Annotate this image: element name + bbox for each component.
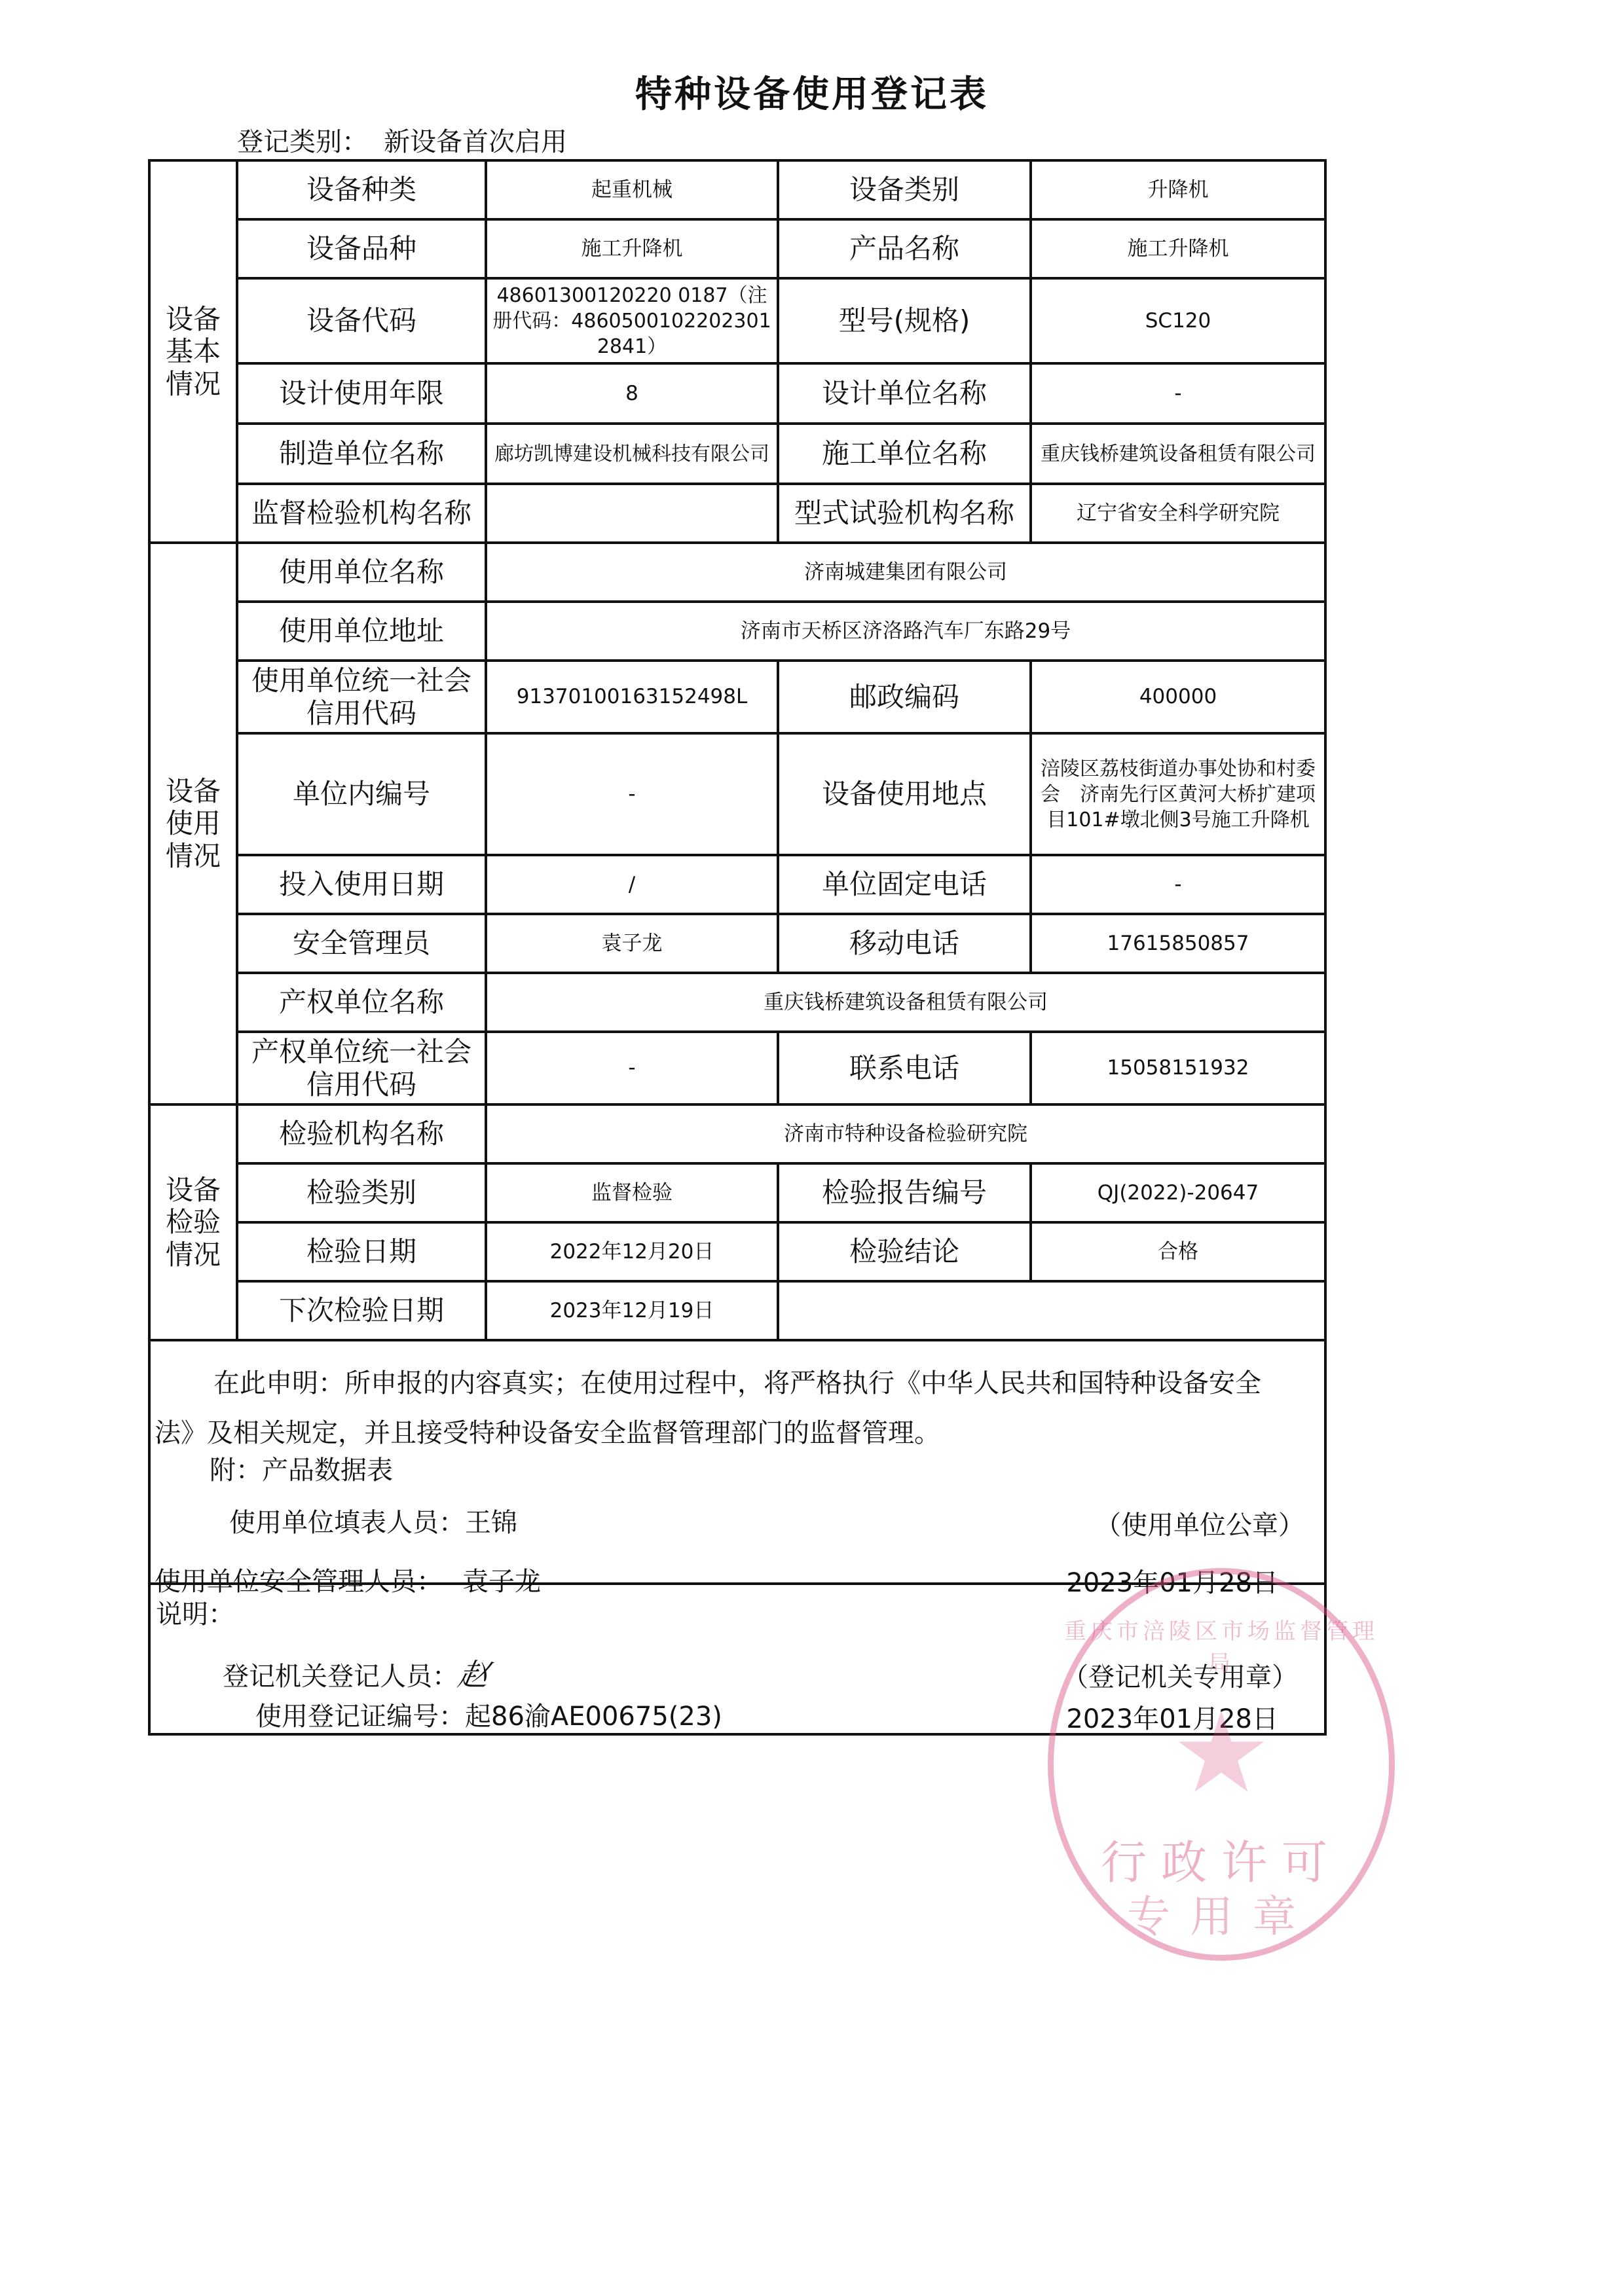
declaration-text: 在此申明：所申报的内容真实；在使用过程中，将严格执行《中华人民共和国特种设备安全…	[155, 1358, 1298, 1458]
field-label: 联系电话	[778, 1032, 1031, 1104]
model-value: SC120	[1031, 278, 1325, 363]
field-label: 单位固定电话	[778, 855, 1031, 914]
table-row: 设计使用年限 8 设计单位名称 -	[149, 363, 1325, 424]
table-row: 产权单位统一社会信用代码 - 联系电话 15058151932	[149, 1032, 1325, 1104]
registration-category-label: 登记类别：	[237, 127, 368, 157]
table-row: 单位内编号 - 设备使用地点 涪陵区荔枝街道办事处协和村委会 济南先行区黄河大桥…	[149, 733, 1325, 855]
stamp-line-1: 行政许可	[1054, 1826, 1389, 1892]
authority-seal-label: （登记机关专用章）	[1062, 1662, 1298, 1693]
registration-date: 2023年01月28日	[1066, 1704, 1278, 1735]
certificate-number-value: 起86渝AE00675(23)	[465, 1702, 722, 1732]
stamp-line-2: 专用章	[1054, 1882, 1389, 1944]
supervision-agency-value	[486, 484, 778, 543]
table-row: 安全管理员 袁子龙 移动电话 17615850857	[149, 914, 1325, 973]
field-label: 产品名称	[778, 219, 1031, 278]
field-label: 使用单位统一社会信用代码	[237, 661, 486, 733]
table-row: 制造单位名称 廊坊凯博建设机械科技有限公司 施工单位名称 重庆钱桥建筑设备租赁有…	[149, 424, 1325, 484]
field-label: 设计使用年限	[237, 363, 486, 424]
manufacturer-value: 廊坊凯博建设机械科技有限公司	[486, 424, 778, 484]
start-date-value: /	[486, 855, 778, 914]
field-label: 产权单位名称	[237, 973, 486, 1032]
table-row: 产权单位名称 重庆钱桥建筑设备租赁有限公司	[149, 973, 1325, 1032]
internal-number-value: -	[486, 733, 778, 855]
note-block: 说明： 登记机关登记人员：赵 使用登记证编号：起86渝AE00675(23) （…	[149, 1584, 1325, 1734]
user-unit-name-value: 济南城建集团有限公司	[486, 543, 1325, 602]
usage-location-value: 涪陵区荔枝街道办事处协和村委会 济南先行区黄河大桥扩建项目101#墩北侧3号施工…	[1031, 733, 1325, 855]
registration-category-value: 新设备首次启用	[384, 127, 567, 157]
owner-name-value: 重庆钱桥建筑设备租赁有限公司	[486, 973, 1325, 1032]
type-test-agency-value: 辽宁省安全科学研究院	[1031, 484, 1325, 543]
field-label: 产权单位统一社会信用代码	[237, 1032, 486, 1104]
inspection-type-value: 监督检验	[486, 1163, 778, 1222]
field-label: 安全管理员	[237, 914, 486, 973]
table-row: 检验类别 监督检验 检验报告编号 QJ(2022)-20647	[149, 1163, 1325, 1222]
field-label: 监督检验机构名称	[237, 484, 486, 543]
page-title: 特种设备使用登记表	[0, 65, 1624, 118]
field-label: 设计单位名称	[778, 363, 1031, 424]
equipment-category-value: 升降机	[1031, 160, 1325, 219]
mobile-phone-value: 17615850857	[1031, 914, 1325, 973]
field-label: 使用单位地址	[237, 602, 486, 661]
table-row: 设备代码 48601300120220 0187（注册代码：4860500102…	[149, 278, 1325, 363]
table-row: 监督检验机构名称 型式试验机构名称 辽宁省安全科学研究院	[149, 484, 1325, 543]
form-filler-name: 王锦	[465, 1508, 517, 1538]
table-row: 检验日期 2022年12月20日 检验结论 合格	[149, 1222, 1325, 1281]
section-heading-text: 设备检验情况	[164, 1174, 223, 1271]
table-row: 设备检验情况 检验机构名称 济南市特种设备检验研究院	[149, 1104, 1325, 1163]
field-label: 下次检验日期	[237, 1281, 486, 1340]
field-label: 设备代码	[237, 278, 486, 363]
inspection-report-number-value: QJ(2022)-20647	[1031, 1163, 1325, 1222]
field-label: 使用单位名称	[237, 543, 486, 602]
equipment-type-value: 起重机械	[486, 160, 778, 219]
note-row: 说明： 登记机关登记人员：赵 使用登记证编号：起86渝AE00675(23) （…	[149, 1584, 1325, 1734]
owner-credit-code-value: -	[486, 1032, 778, 1104]
field-label: 检验结论	[778, 1222, 1031, 1281]
table-row: 使用单位地址 济南市天桥区济洛路汽车厂东路29号	[149, 602, 1325, 661]
section-heading-basic: 设备基本情况	[149, 160, 237, 543]
field-label: 邮政编码	[778, 661, 1031, 733]
field-label: 设备使用地点	[778, 733, 1031, 855]
table-row: 设备使用情况 使用单位名称 济南城建集团有限公司	[149, 543, 1325, 602]
field-label: 检验类别	[237, 1163, 486, 1222]
table-row: 投入使用日期 / 单位固定电话 -	[149, 855, 1325, 914]
product-name-value: 施工升降机	[1031, 219, 1325, 278]
field-label: 投入使用日期	[237, 855, 486, 914]
table-row: 设备品种 施工升降机 产品名称 施工升降机	[149, 219, 1325, 278]
table-row: 使用单位统一社会信用代码 91370100163152498L 邮政编码 400…	[149, 661, 1325, 733]
declaration-row: 在此申明：所申报的内容真实；在使用过程中，将严格执行《中华人民共和国特种设备安全…	[149, 1340, 1325, 1584]
field-label: 移动电话	[778, 914, 1031, 973]
inspection-agency-value: 济南市特种设备检验研究院	[486, 1104, 1325, 1163]
contact-phone-value: 15058151932	[1031, 1032, 1325, 1104]
registrar-label: 登记机关登记人员：	[223, 1662, 458, 1692]
field-label: 施工单位名称	[778, 424, 1031, 484]
certificate-number: 使用登记证编号：起86渝AE00675(23)	[255, 1702, 722, 1732]
field-label: 单位内编号	[237, 733, 486, 855]
registrar-signature: 赵	[455, 1657, 492, 1692]
section-heading-text: 设备基本情况	[164, 303, 223, 401]
table-row: 设备基本情况 设备种类 起重机械 设备类别 升降机	[149, 160, 1325, 219]
field-label: 设备品种	[237, 219, 486, 278]
design-life-value: 8	[486, 363, 778, 424]
field-label: 型号(规格)	[778, 278, 1031, 363]
form-filler: 使用单位填表人员：王锦	[229, 1508, 517, 1539]
safety-manager-value: 袁子龙	[486, 914, 778, 973]
table-row: 下次检验日期 2023年12月19日	[149, 1281, 1325, 1340]
next-inspection-date-value: 2023年12月19日	[486, 1281, 778, 1340]
construction-unit-value: 重庆钱桥建筑设备租赁有限公司	[1031, 424, 1325, 484]
inspection-date-value: 2022年12月20日	[486, 1222, 778, 1281]
section-heading-text: 设备使用情况	[164, 775, 223, 873]
field-label: 制造单位名称	[237, 424, 486, 484]
inspection-conclusion-value: 合格	[1031, 1222, 1325, 1281]
equipment-variety-value: 施工升降机	[486, 219, 778, 278]
blank-cell	[778, 1281, 1325, 1340]
registrar: 登记机关登记人员：赵	[223, 1657, 489, 1692]
field-label: 检验日期	[237, 1222, 486, 1281]
registration-category: 登记类别：新设备首次启用	[237, 121, 567, 158]
registration-form-table: 设备基本情况 设备种类 起重机械 设备类别 升降机 设备品种 施工升降机 产品名…	[148, 159, 1327, 1736]
field-label: 设备种类	[237, 160, 486, 219]
user-unit-seal-label: （使用单位公章）	[1095, 1510, 1304, 1541]
field-label: 型式试验机构名称	[778, 484, 1031, 543]
field-label: 设备类别	[778, 160, 1031, 219]
attachment-note: 附：产品数据表	[210, 1455, 393, 1486]
section-heading-inspection: 设备检验情况	[149, 1104, 237, 1340]
user-unit-address-value: 济南市天桥区济洛路汽车厂东路29号	[486, 602, 1325, 661]
form-filler-label: 使用单位填表人员：	[229, 1508, 465, 1538]
section-heading-usage: 设备使用情况	[149, 543, 237, 1104]
design-unit-value: -	[1031, 363, 1325, 424]
field-label: 检验机构名称	[237, 1104, 486, 1163]
note-title: 说明：	[156, 1599, 234, 1630]
landline-value: -	[1031, 855, 1325, 914]
declaration-block: 在此申明：所申报的内容真实；在使用过程中，将严格执行《中华人民共和国特种设备安全…	[149, 1340, 1325, 1584]
certificate-number-label: 使用登记证编号：	[255, 1702, 465, 1732]
user-credit-code-value: 91370100163152498L	[486, 661, 778, 733]
equipment-code-value: 48601300120220 0187（注册代码：486050010220230…	[486, 278, 778, 363]
postal-code-value: 400000	[1031, 661, 1325, 733]
field-label: 检验报告编号	[778, 1163, 1031, 1222]
